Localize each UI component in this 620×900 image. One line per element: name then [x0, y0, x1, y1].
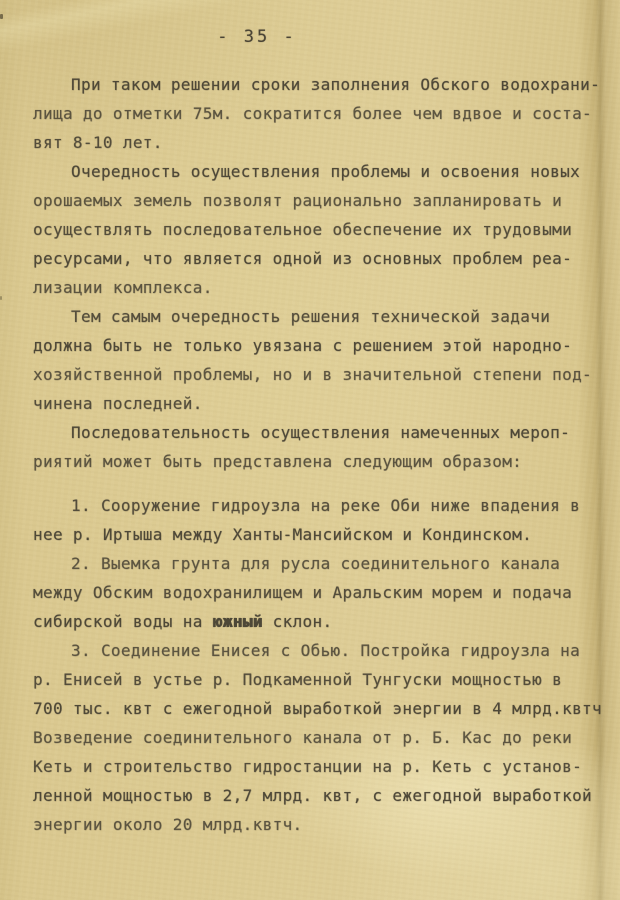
paragraph: 2. Выемка грунта для русла соединительно…: [33, 549, 599, 636]
paragraph: Последовательность осуществления намечен…: [33, 418, 599, 476]
text-line: лизации комплекса.: [33, 273, 599, 302]
paragraph: Тем самым очередность решения техническо…: [33, 302, 599, 418]
text-line: между Обским водохранилищем и Аральским …: [33, 578, 599, 607]
text-line: нее р. Иртыша между Ханты-Мансийском и К…: [33, 520, 599, 549]
text-line: Кеть и строительство гидростанции на р. …: [33, 752, 599, 781]
text-line: 700 тыс. квт с ежегодной выработкой энер…: [33, 694, 599, 723]
page-number: - 35 -: [0, 27, 567, 47]
text-line: риятий может быть представлена следующим…: [33, 447, 599, 476]
text-line: Возведение соединительного канала от р. …: [33, 723, 599, 752]
text-line: Тем самым очередность решения техническо…: [33, 302, 599, 331]
text-line: чинена последней.: [33, 389, 599, 418]
text-line: 3. Соединение Енисея с Обью. Постройка г…: [33, 636, 599, 665]
document-body: При таком решении сроки заполнения Обско…: [33, 70, 599, 839]
text-line: вят 8-10 лет.: [33, 128, 599, 157]
paper-speck: [0, 14, 3, 19]
text-line: 1. Сооружение гидроузла на реке Оби ниже…: [33, 491, 599, 520]
paragraph: Очередность осуществления проблемы и осв…: [33, 157, 599, 302]
emphasized-word: южный: [213, 612, 263, 631]
text-line: энергии около 20 млрд.квтч.: [33, 810, 599, 839]
text-line: лища до отметки 75м. сократится более че…: [33, 99, 599, 128]
text-line: р. Енисей в устье р. Подкаменной Тунгуск…: [33, 665, 599, 694]
paragraph: 3. Соединение Енисея с Обью. Постройка г…: [33, 636, 599, 839]
text-line: Очередность осуществления проблемы и осв…: [33, 157, 599, 186]
text-line: орошаемых земель позволят рационально за…: [33, 186, 599, 215]
text-line: хозяйственной проблемы, но и в значитель…: [33, 360, 599, 389]
paragraph: 1. Сооружение гидроузла на реке Оби ниже…: [33, 491, 599, 549]
text-line: ресурсами, что является одной из основны…: [33, 244, 599, 273]
text-line: При таком решении сроки заполнения Обско…: [33, 70, 599, 99]
text-line: сибирской воды на южный склон.: [33, 607, 599, 636]
text-line: осуществлять последовательное обеспечени…: [33, 215, 599, 244]
text-line: ленной мощностью в 2,7 млрд. квт, с ежег…: [33, 781, 599, 810]
text-line: Последовательность осуществления намечен…: [33, 418, 599, 447]
paper-speck: [0, 296, 2, 300]
text-line: должна быть не только увязана с решением…: [33, 331, 599, 360]
paragraph: При таком решении сроки заполнения Обско…: [33, 70, 599, 157]
text-line: 2. Выемка грунта для русла соединительно…: [33, 549, 599, 578]
scanned-page: - 35 - При таком решении сроки заполнени…: [0, 0, 620, 900]
